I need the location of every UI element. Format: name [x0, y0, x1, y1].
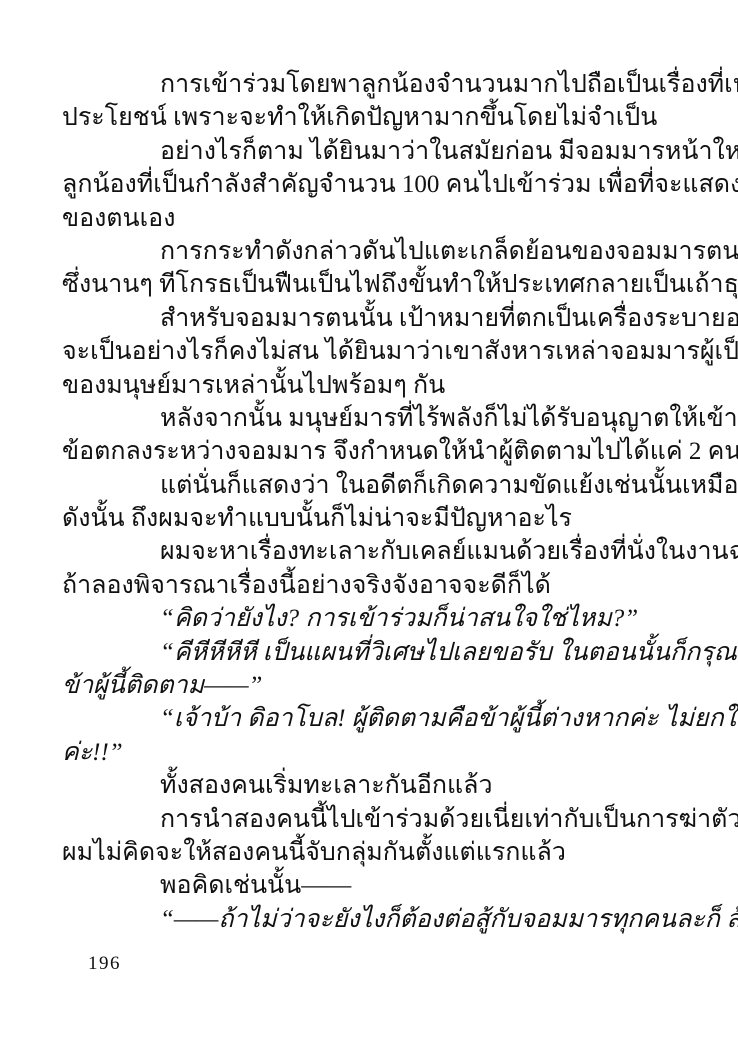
text-line: ทั้งสองคนเริ่มทะเลาะกันอีกแล้ว [62, 769, 678, 802]
text-block: การเข้าร่วมโดยพาลูกน้องจำนวนมากไปถือเป็น… [62, 68, 678, 936]
text-line: ผมจะหาเรื่องทะเลาะกับเคลย์แมนด้วยเรื่องท… [62, 535, 678, 568]
dialogue-line: “เจ้าบ้า ดิอาโบล! ผู้ติดตามคือข้าผู้นี้ต… [62, 702, 678, 735]
page-number: 196 [88, 953, 121, 975]
text-line: ซึ่งนานๆ ทีโกรธเป็นฟืนเป็นไฟถึงขั้นทำให้… [62, 268, 678, 301]
text-line: อย่างไรก็ตาม ได้ยินมาว่าในสมัยก่อน มีจอม… [62, 135, 678, 168]
text-line: การกระทำดังกล่าวดันไปแตะเกล็ดย้อนของจอมม… [62, 235, 678, 268]
text-line: ลูกน้องที่เป็นกำลังสำคัญจำนวน 100 คนไปเข… [62, 168, 678, 201]
text-line: ผมไม่คิดจะให้สองคนนี้จับกลุ่มกันตั้งแต่แ… [62, 836, 678, 869]
text-line: ประโยชน์ เพราะจะทำให้เกิดปัญหามากขึ้นโดย… [62, 101, 678, 134]
text-line: ดังนั้น ถึงผมจะทำแบบนั้นก็ไม่น่าจะมีปัญห… [62, 502, 678, 535]
text-line: จะเป็นอย่างไรก็คงไม่สน ได้ยินมาว่าเขาสัง… [62, 335, 678, 368]
dialogue-line: “คีหีหีหีหี เป็นแผนที่วิเศษไปเลยขอรับ ใน… [62, 636, 678, 669]
text-line: การนำสองคนนี้ไปเข้าร่วมด้วยเนี่ยเท่ากับเ… [62, 803, 678, 836]
text-line: สำหรับจอมมารตนนั้น เป้าหมายที่ตกเป็นเครื… [62, 302, 678, 335]
text-line: พอคิดเช่นนั้น—— [62, 869, 678, 902]
dialogue-line: ข้าผู้นี้ติดตาม——” [62, 669, 678, 702]
dialogue-line: ค่ะ!!” [62, 736, 678, 769]
text-line: แต่นั่นก็แสดงว่า ในอดีตก็เกิดความขัดแย้ง… [62, 469, 678, 502]
text-line: ถ้าลองพิจารณาเรื่องนี้อย่างจริงจังอาจจะด… [62, 569, 678, 602]
text-line: ข้อตกลงระหว่างจอมมาร จึงกำหนดให้นำผู้ติด… [62, 435, 678, 468]
text-line: ของมนุษย์มารเหล่านั้นไปพร้อมๆ กัน [62, 369, 678, 402]
text-line: หลังจากนั้น มนุษย์มารที่ไร้พลังก็ไม่ได้ร… [62, 402, 678, 435]
dialogue-line: “——ถ้าไม่ว่าจะยังไงก็ต้องต่อสู้กับจอมมาร… [62, 903, 678, 936]
book-page: การเข้าร่วมโดยพาลูกน้องจำนวนมากไปถือเป็น… [0, 0, 738, 1051]
text-line: การเข้าร่วมโดยพาลูกน้องจำนวนมากไปถือเป็น… [62, 68, 678, 101]
text-line: ของตนเอง [62, 202, 678, 235]
dialogue-line: “คิดว่ายังไง? การเข้าร่วมก็น่าสนใจใช่ไหม… [62, 602, 678, 635]
